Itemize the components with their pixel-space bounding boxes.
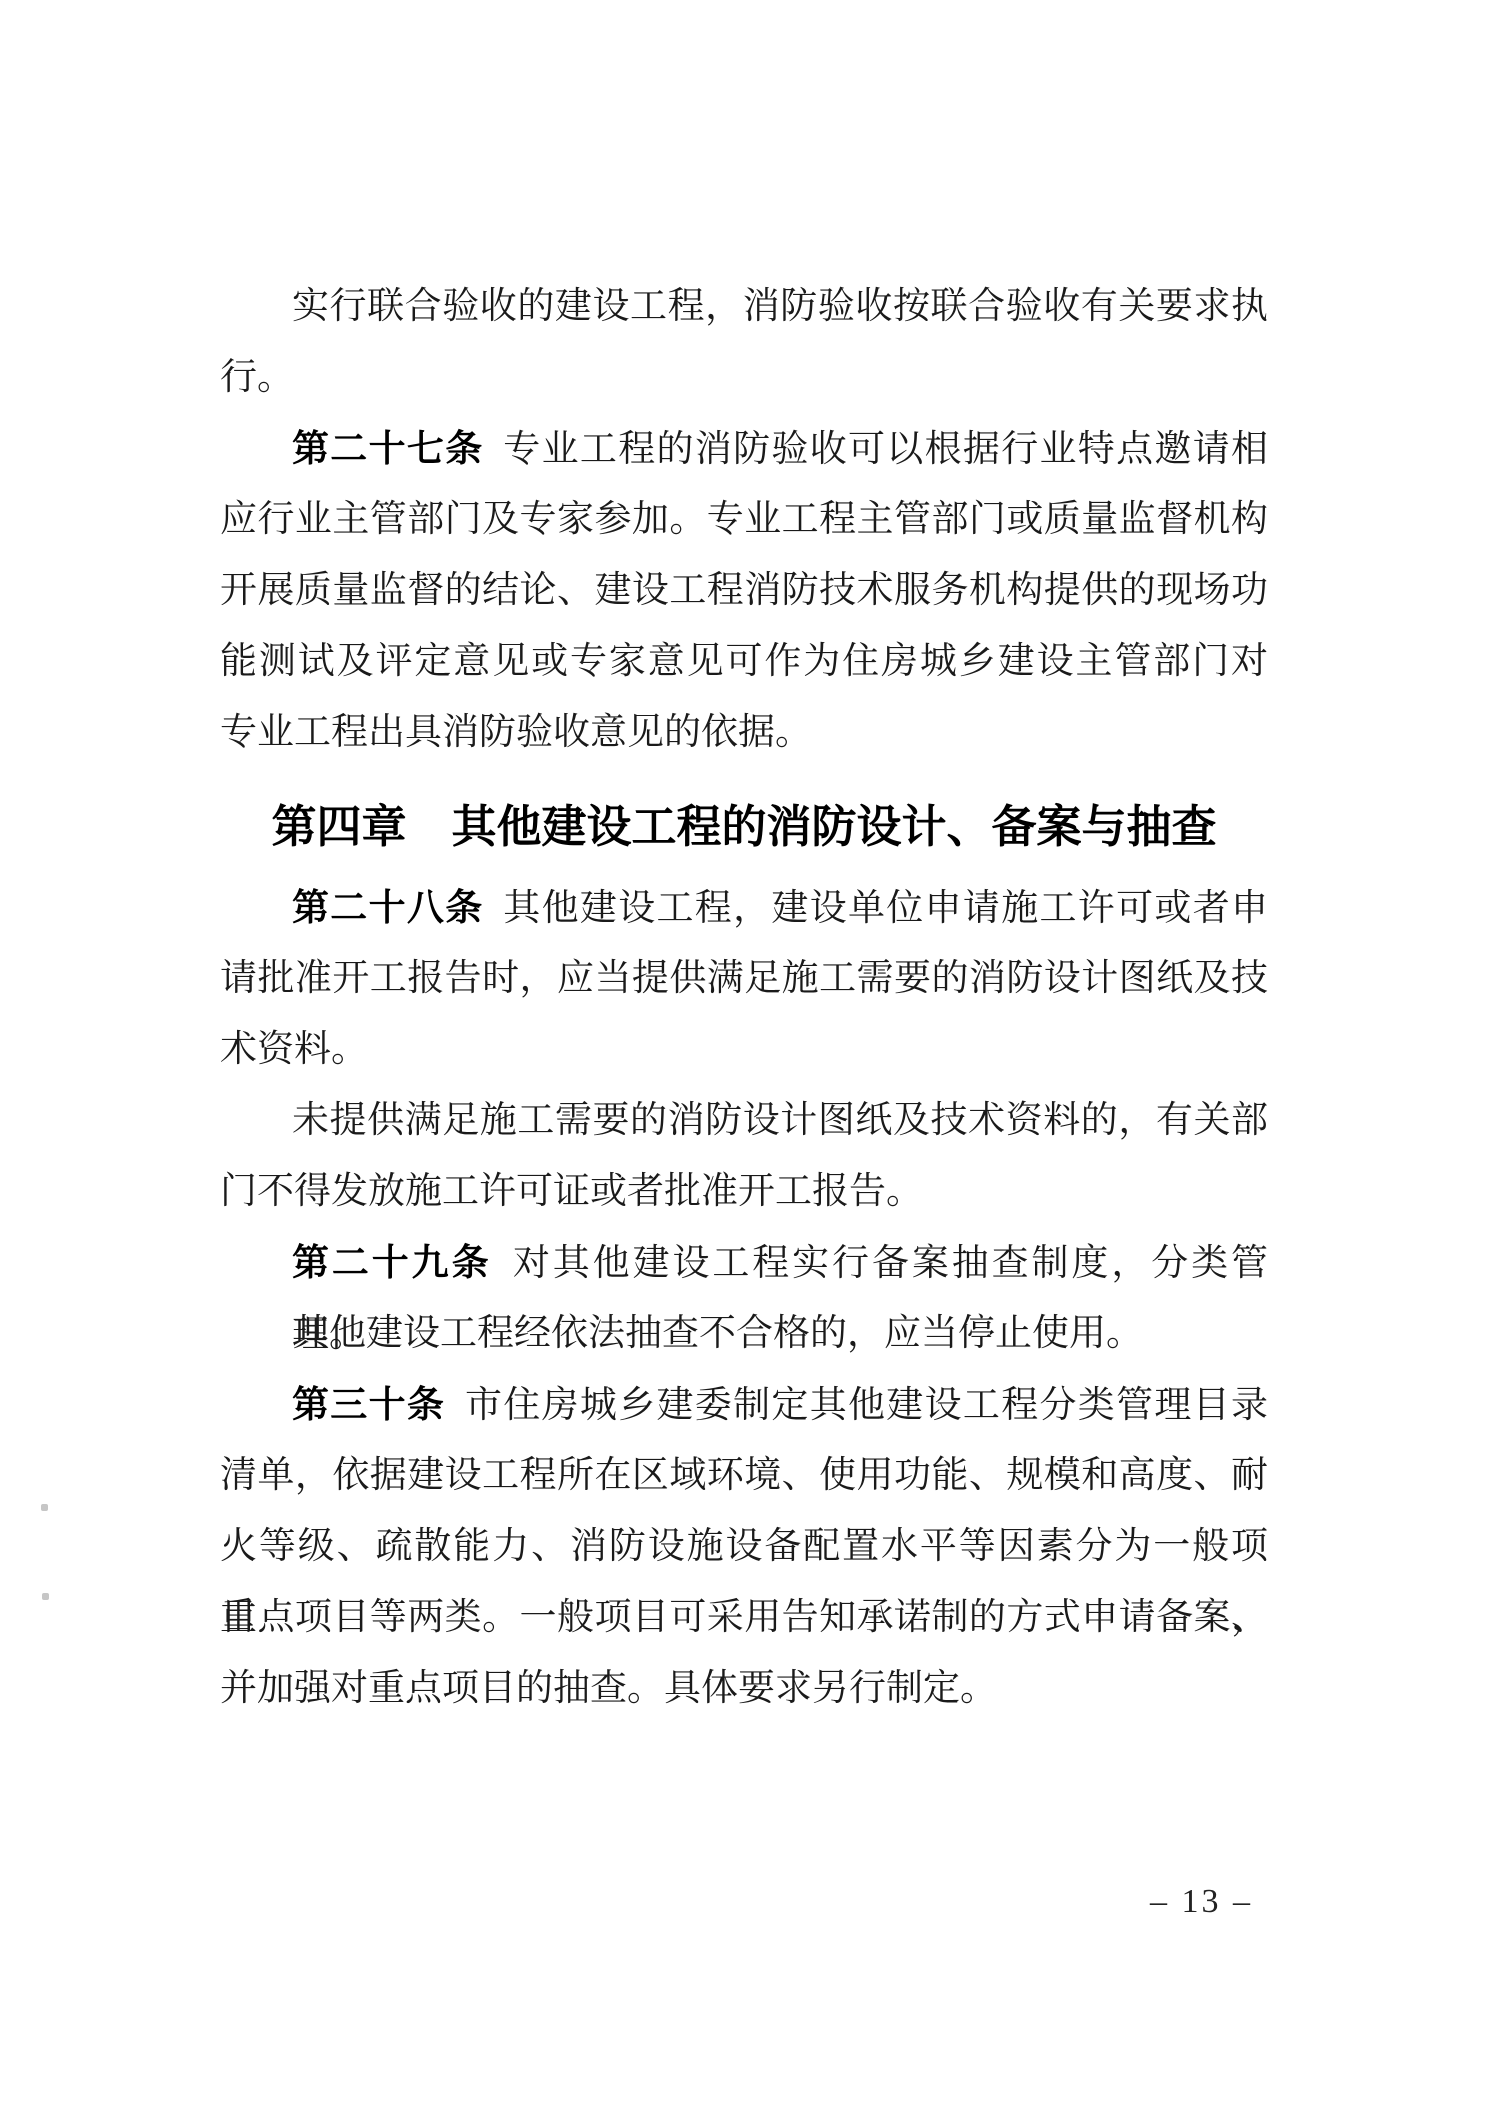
text-line: 第二十九条 对其他建设工程实行备案抽查制度，分类管理。 — [220, 1227, 1268, 1298]
text-line: 开展质量监督的结论、建设工程消防技术服务机构提供的现场功 — [220, 555, 1268, 626]
document-page: 实行联合验收的建设工程，消防验收按联合验收有关要求执行。第二十七条 专业工程的消… — [0, 0, 1487, 2105]
text-line: 行。 — [220, 342, 1268, 413]
text-line: 重点项目等两类。一般项目可采用告知承诺制的方式申请备案， — [220, 1582, 1268, 1653]
text-line: 请批准开工报告时，应当提供满足施工需要的消防设计图纸及技 — [220, 943, 1268, 1014]
scan-artifact — [42, 1593, 49, 1600]
text-line: 第三十条 市住房城乡建委制定其他建设工程分类管理目录 — [220, 1369, 1268, 1440]
text-line: 清单，依据建设工程所在区域环境、使用功能、规模和高度、耐 — [220, 1440, 1268, 1511]
scan-artifact — [41, 1504, 48, 1511]
page-number: – 13 – — [1150, 1882, 1253, 1922]
text-line: 第二十七条 专业工程的消防验收可以根据行业特点邀请相 — [220, 413, 1268, 484]
text-line: 其他建设工程经依法抽查不合格的，应当停止使用。 — [220, 1298, 1268, 1369]
text-line: 术资料。 — [220, 1014, 1268, 1085]
text-line: 火等级、疏散能力、消防设施设备配置水平等因素分为一般项目、 — [220, 1511, 1268, 1582]
text-line: 能测试及评定意见或专家意见可作为住房城乡建设主管部门对 — [220, 626, 1268, 697]
text-line: 应行业主管部门及专家参加。专业工程主管部门或质量监督机构 — [220, 484, 1268, 555]
text-line: 未提供满足施工需要的消防设计图纸及技术资料的，有关部 — [220, 1085, 1268, 1156]
text-line: 第二十八条 其他建设工程，建设单位申请施工许可或者申 — [220, 872, 1268, 943]
text-line: 门不得发放施工许可证或者批准开工报告。 — [220, 1156, 1268, 1227]
chapter-heading: 第四章 其他建设工程的消防设计、备案与抽查 — [220, 791, 1268, 862]
text-line: 专业工程出具消防验收意见的依据。 — [220, 697, 1268, 768]
article-number: 第二十七条 — [292, 428, 484, 469]
text-line: 实行联合验收的建设工程，消防验收按联合验收有关要求执 — [220, 271, 1268, 342]
article-number: 第三十条 — [292, 1384, 445, 1425]
text-line: 并加强对重点项目的抽查。具体要求另行制定。 — [220, 1653, 1268, 1724]
article-number: 第二十八条 — [292, 887, 484, 928]
article-number: 第二十九条 — [292, 1242, 491, 1283]
document-content: 实行联合验收的建设工程，消防验收按联合验收有关要求执行。第二十七条 专业工程的消… — [220, 271, 1268, 1724]
